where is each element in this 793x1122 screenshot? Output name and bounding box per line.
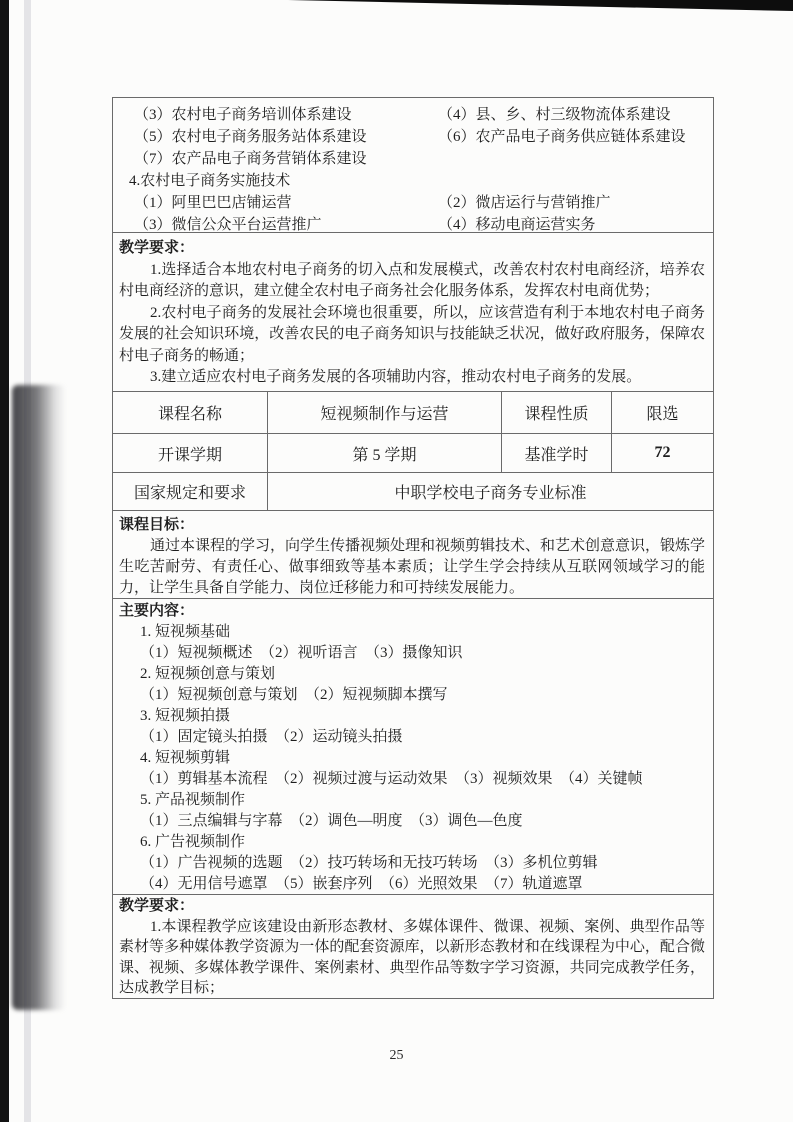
content-line: （3）微信公众平台运营推广 （4）移动电商运营实务 — [113, 214, 713, 232]
content-item: 4. 短视频剪辑 — [113, 748, 713, 769]
course-nature-label: 课程性质 — [501, 392, 611, 433]
content-item: 1. 短视频基础 — [113, 622, 713, 643]
course-info-row: 课程名称 短视频制作与运营 课程性质 限选 — [113, 392, 713, 433]
course-name-label: 课程名称 — [113, 392, 267, 433]
content-item: （5）农村电子商务服务站体系建设 — [134, 126, 367, 148]
content-item: （1）短视频创意与策划 （2）短视频脚本撰写 — [113, 685, 713, 706]
content-item: （1）剪辑基本流程 （2）视频过渡与运动效果 （3）视频效果 （4）关键帧 — [113, 769, 713, 790]
content-item: （3）微信公众平台运营推广 — [134, 214, 322, 232]
section-heading: 课程目标： — [113, 515, 713, 536]
course-info-row: 开课学期 第 5 学期 基准学时 72 — [113, 433, 713, 472]
content-line: （3）农村电子商务培训体系建设 （4）县、乡、村三级物流体系建设 — [113, 104, 713, 126]
requirement-paragraph: 1.选择适合本地农村电子商务的切入点和发展模式，改善农村农村电商经济，培养农村电… — [119, 260, 705, 303]
scan-binding-shadow — [12, 385, 66, 1010]
hours-label: 基准学时 — [501, 434, 611, 472]
requirement-paragraph: 3.建立适应农村电子商务发展的各项辅助内容，推动农村电子商务的发展。 — [119, 367, 705, 389]
teaching-requirements-block-2: 教学要求： 1.本课程教学应该建设由新形态教材、多媒体课件、微课、视频、案例、典… — [113, 894, 713, 998]
scan-left-edge-bar — [0, 0, 9, 1122]
page-number: 25 — [0, 1048, 793, 1064]
content-item: 4.农村电子商务实施技术 — [129, 170, 290, 192]
content-line: （1）阿里巴巴店铺运营 （2）微店运行与营销推广 — [113, 192, 713, 214]
content-item: （1）阿里巴巴店铺运营 — [134, 192, 292, 214]
content-item: （1）短视频概述 （2）视听语言 （3）摄像知识 — [113, 643, 713, 664]
main-content-block: 主要内容： 1. 短视频基础 （1）短视频概述 （2）视听语言 （3）摄像知识 … — [113, 598, 713, 894]
content-item: 2. 短视频创意与策划 — [113, 664, 713, 685]
section-heading: 主要内容： — [113, 601, 713, 622]
course-nature-value: 限选 — [611, 392, 713, 433]
objectives-paragraph: 通过本课程的学习，向学生传播视频处理和视频剪辑技术、和艺术创意意识，锻炼学生吃苦… — [119, 536, 705, 598]
content-item: 3. 短视频拍摄 — [113, 706, 713, 727]
course-syllabus-table: （3）农村电子商务培训体系建设 （4）县、乡、村三级物流体系建设 （5）农村电子… — [112, 97, 714, 999]
content-line: 4.农村电子商务实施技术 — [113, 170, 713, 192]
content-item: 6. 广告视频制作 — [113, 832, 713, 853]
section-heading: 教学要求： — [113, 896, 713, 917]
semester-label: 开课学期 — [113, 434, 267, 472]
course-info-row: 国家规定和要求 中职学校电子商务专业标准 — [113, 472, 713, 510]
requirement-paragraph: 1.本课程教学应该建设由新形态教材、多媒体课件、微课、视频、案例、典型作品等素材… — [119, 917, 705, 999]
scanned-page: （3）农村电子商务培训体系建设 （4）县、乡、村三级物流体系建设 （5）农村电子… — [0, 0, 793, 1122]
teaching-requirements-block-1: 教学要求： 1.选择适合本地农村电子商务的切入点和发展模式，改善农村农村电商经济… — [113, 232, 713, 391]
content-line: （5）农村电子商务服务站体系建设 （6）农产品电子商务供应链体系建设 — [113, 126, 713, 148]
national-standard-label: 国家规定和要求 — [113, 473, 267, 510]
section-heading: 教学要求： — [113, 238, 713, 260]
content-item: （1）广告视频的选题 （2）技巧转场和无技巧转场 （3）多机位剪辑 — [113, 853, 713, 874]
content-item: （1）固定镜头拍摄 （2）运动镜头拍摄 — [113, 727, 713, 748]
prev-course-content-block: （3）农村电子商务培训体系建设 （4）县、乡、村三级物流体系建设 （5）农村电子… — [113, 98, 713, 232]
content-item: （4）移动电商运营实务 — [438, 214, 596, 232]
course-info-block: 课程名称 短视频制作与运营 课程性质 限选 开课学期 第 5 学期 基准学时 7… — [113, 391, 713, 510]
content-item: （4）无用信号遮罩 （5）嵌套序列 （6）光照效果 （7）轨道遮罩 — [113, 874, 713, 894]
content-item: （2）微店运行与营销推广 — [438, 192, 611, 214]
semester-value: 第 5 学期 — [267, 434, 501, 472]
content-line: （7）农产品电子商务营销体系建设 — [113, 148, 713, 170]
content-item: （7）农产品电子商务营销体系建设 — [134, 148, 367, 170]
content-item: （3）农村电子商务培训体系建设 — [134, 104, 352, 126]
course-name-value: 短视频制作与运营 — [267, 392, 501, 433]
content-item: 5. 产品视频制作 — [113, 790, 713, 811]
content-item: （1）三点编辑与字幕 （2）调色—明度 （3）调色—色度 — [113, 811, 713, 832]
requirement-paragraph: 2.农村电子商务的发展社会环境也很重要，所以，应该营造有利于本地农村电子商务发展… — [119, 303, 705, 368]
content-item: （6）农产品电子商务供应链体系建设 — [438, 126, 686, 148]
content-item: （4）县、乡、村三级物流体系建设 — [438, 104, 671, 126]
course-objectives-block: 课程目标： 通过本课程的学习，向学生传播视频处理和视频剪辑技术、和艺术创意意识，… — [113, 510, 713, 598]
hours-value: 72 — [611, 434, 713, 472]
national-standard-value: 中职学校电子商务专业标准 — [267, 473, 713, 510]
scan-top-edge-wedge — [288, 0, 793, 11]
